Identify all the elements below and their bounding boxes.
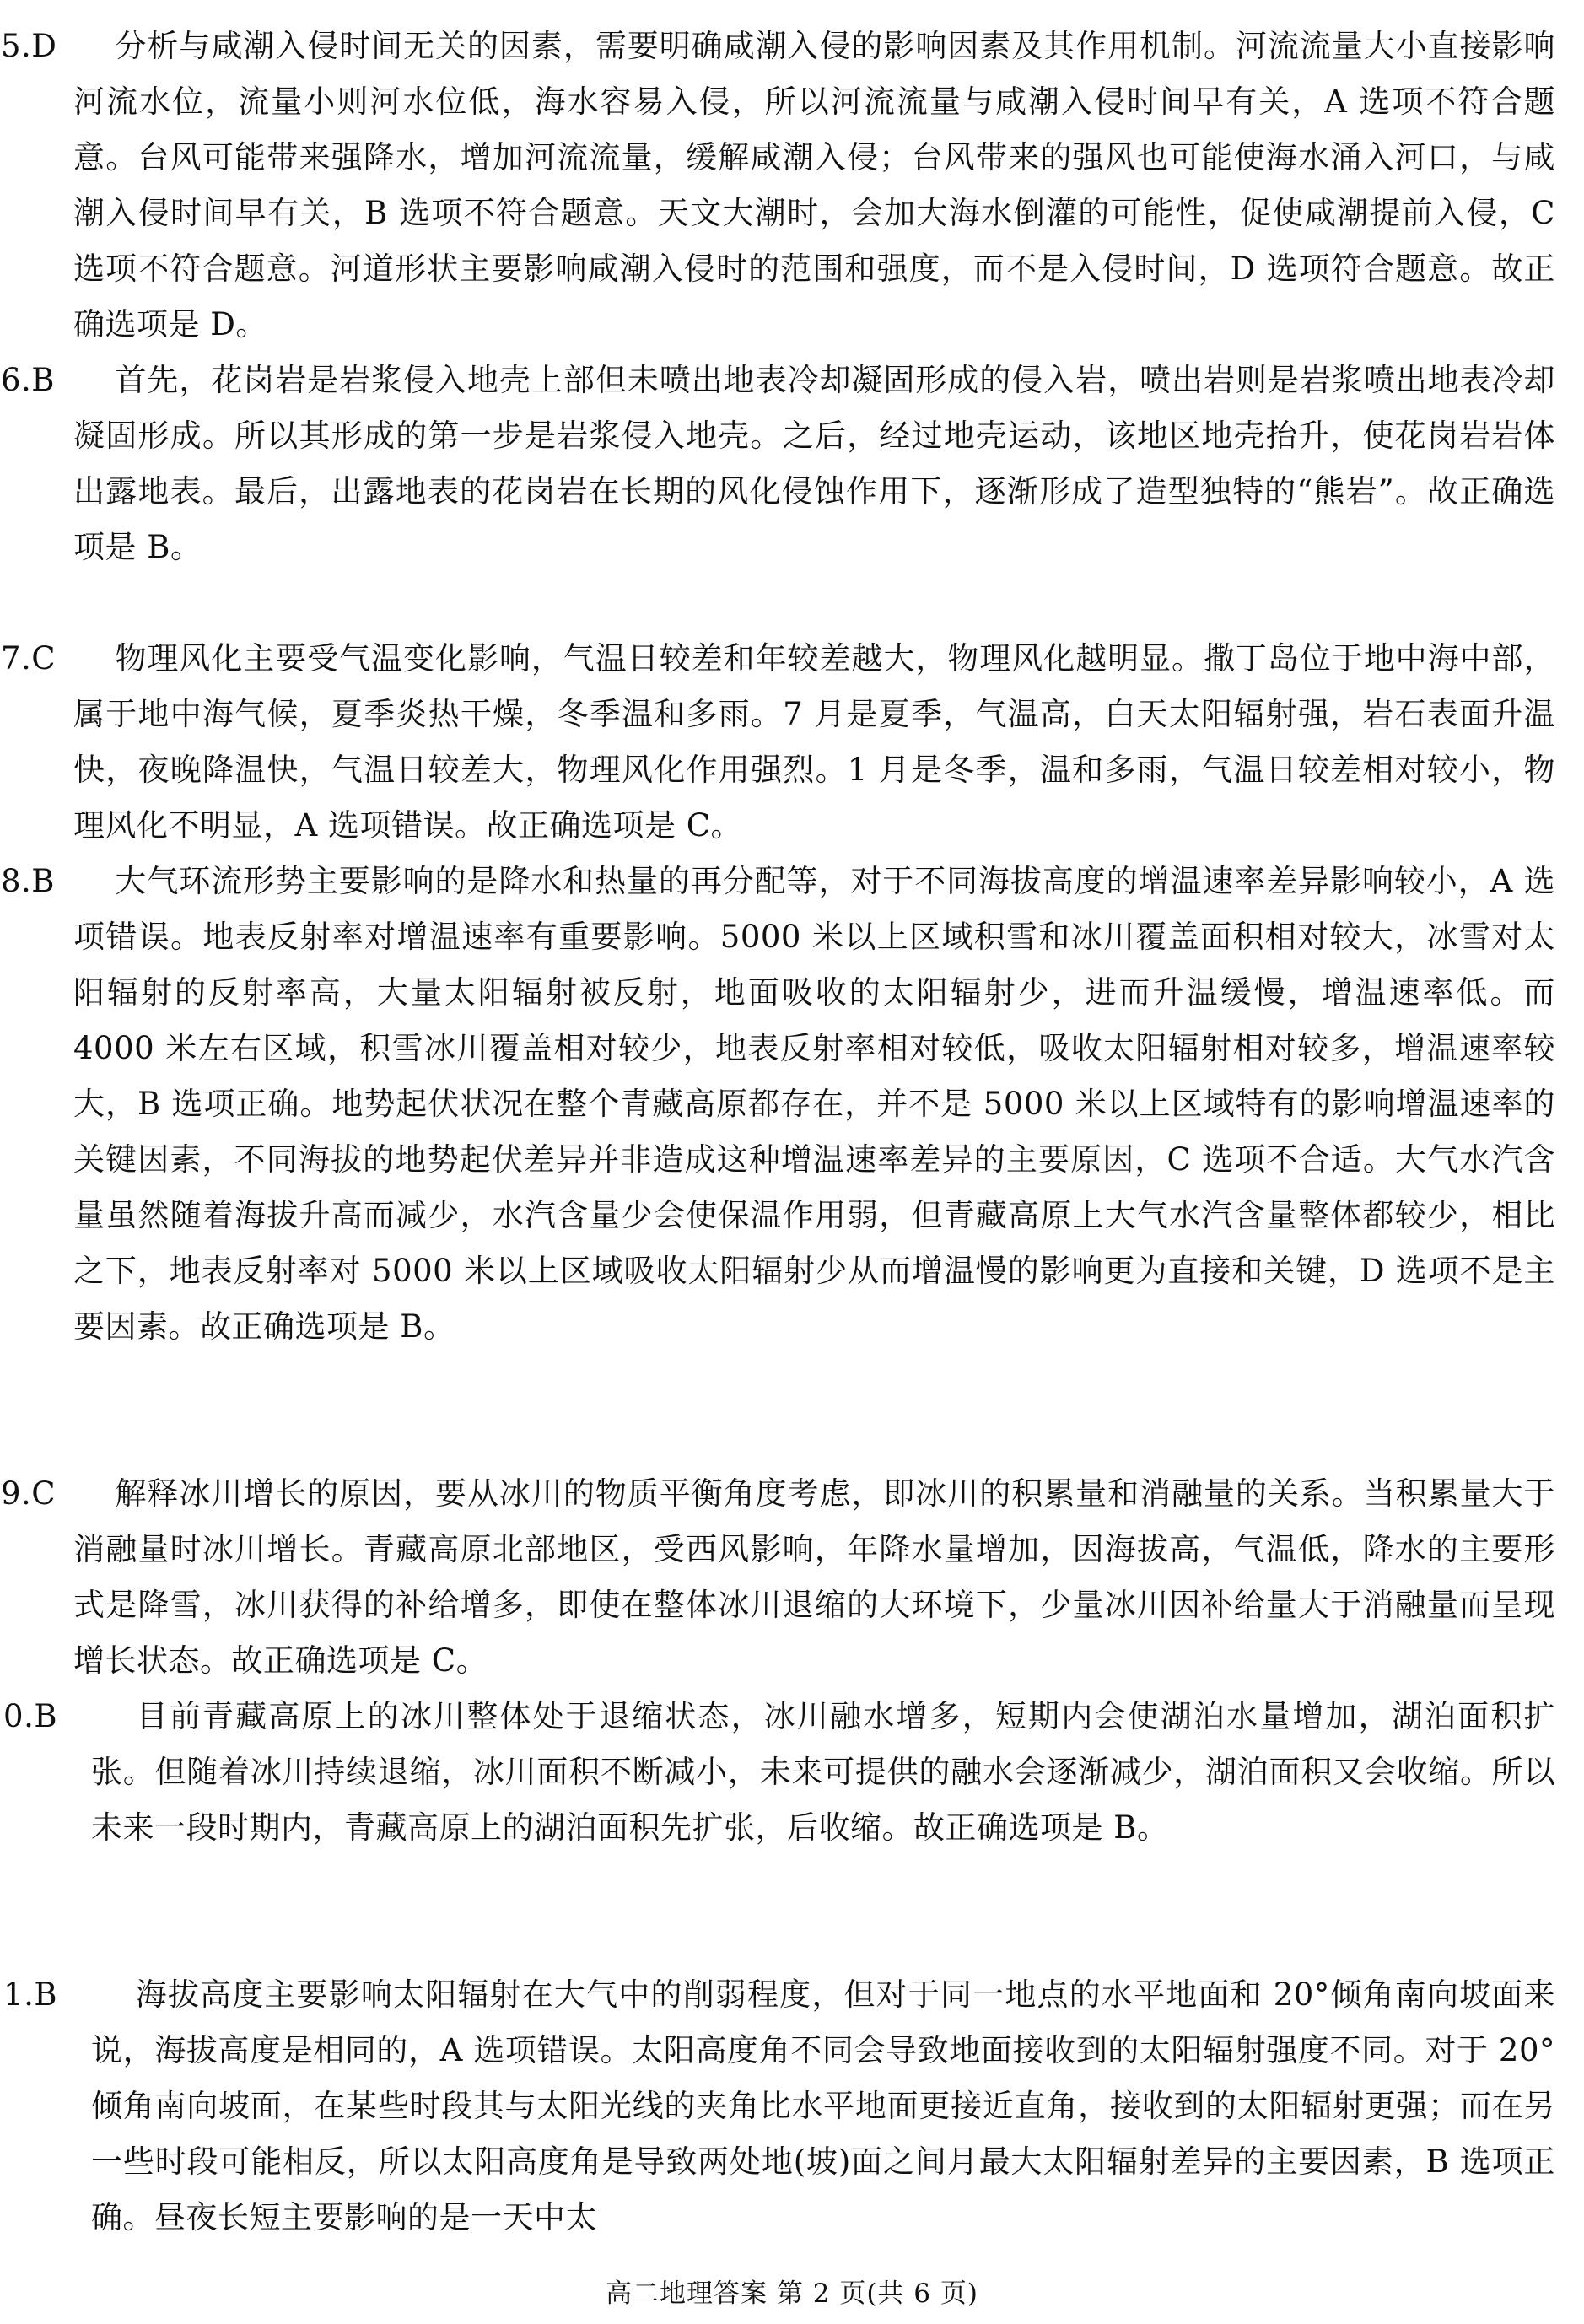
answer-label: 8.B <box>37 854 115 909</box>
answer-item-9: 9.C解释冰川增长的原因，要从冰川的物质平衡角度考虑，即冰川的积累量和消融量的关… <box>37 1466 1555 1689</box>
answer-label: 10.B <box>37 1689 135 1744</box>
answer-item-7: 7.C物理风化主要受气温变化影响，气温日较差和年较差越大，物理风化越明显。撒丁岛… <box>37 631 1555 854</box>
answer-item-5: 5.D分析与咸潮入侵时间无关的因素，需要明确咸潮入侵的影响因素及其作用机制。河流… <box>37 19 1555 353</box>
page-footer: 高二地理答案 第 2 页(共 6 页) <box>0 2272 1584 2310</box>
answer-explanation: 目前青藏高原上的冰川整体处于退缩状态，冰川融水增多，短期内会使湖泊水量增加，湖泊… <box>91 1698 1555 1846</box>
answer-label: 11.B <box>37 1967 135 2023</box>
answer-item-11: 11.B海拔高度主要影响太阳辐射在大气中的削弱程度，但对于同一地点的水平地面和 … <box>37 1967 1555 2246</box>
answer-explanation: 解释冰川增长的原因，要从冰川的物质平衡角度考虑，即冰川的积累量和消融量的关系。当… <box>73 1475 1555 1679</box>
answer-item-6: 6.B首先，花岗岩是岩浆侵入地壳上部但未喷出地表冷却凝固形成的侵入岩，喷出岩则是… <box>37 353 1555 575</box>
answer-explanation: 大气环流形势主要影响的是降水和热量的再分配等，对于不同海拔高度的增温速率差异影响… <box>73 863 1555 1345</box>
answer-explanation: 分析与咸潮入侵时间无关的因素，需要明确咸潮入侵的影响因素及其作用机制。河流流量大… <box>73 28 1555 342</box>
answer-label: 5.D <box>37 19 115 74</box>
answer-explanation: 物理风化主要受气温变化影响，气温日较差和年较差越大，物理风化越明显。撒丁岛位于地… <box>73 640 1555 844</box>
answer-label: 9.C <box>37 1466 115 1522</box>
answer-label: 7.C <box>37 631 115 687</box>
answer-label: 6.B <box>37 353 115 408</box>
answer-explanation: 首先，花岗岩是岩浆侵入地壳上部但未喷出地表冷却凝固形成的侵入岩，喷出岩则是岩浆喷… <box>73 362 1555 565</box>
answer-page: 5.D分析与咸潮入侵时间无关的因素，需要明确咸潮入侵的影响因素及其作用机制。河流… <box>0 0 1584 2324</box>
answer-item-10: 10.B目前青藏高原上的冰川整体处于退缩状态，冰川融水增多，短期内会使湖泊水量增… <box>37 1689 1555 1856</box>
answer-item-8: 8.B大气环流形势主要影响的是降水和热量的再分配等，对于不同海拔高度的增温速率差… <box>37 854 1555 1355</box>
answer-explanation: 海拔高度主要影响太阳辐射在大气中的削弱程度，但对于同一地点的水平地面和 20°倾… <box>91 1976 1555 2235</box>
